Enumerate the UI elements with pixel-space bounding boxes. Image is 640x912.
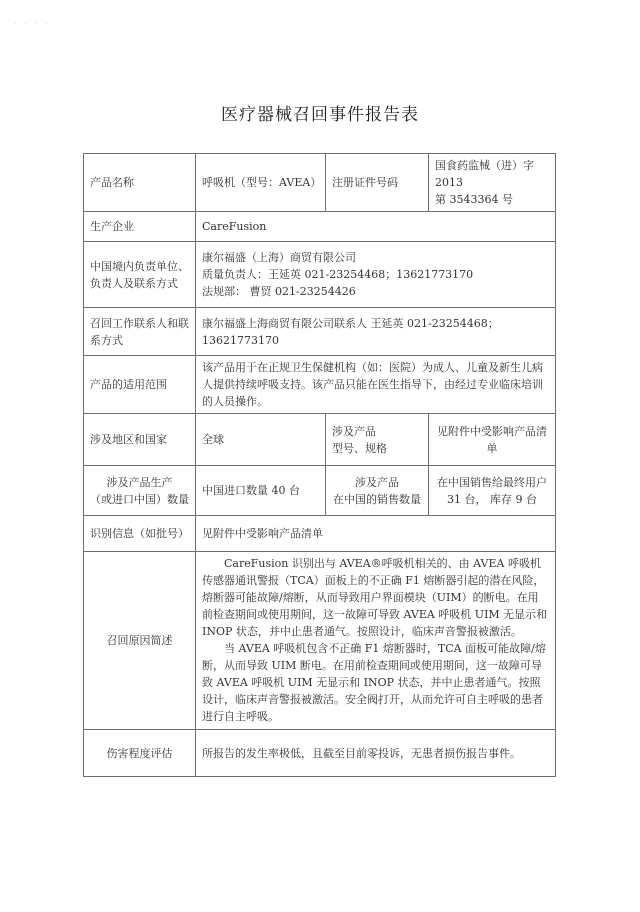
- quantity-label-line2: （或进口中国）数量: [90, 491, 189, 508]
- registration-number-line1: 国食药监械（进）字 2013: [435, 157, 549, 191]
- recall-contact-label: 召回工作联系人和联 系方式: [84, 308, 196, 356]
- model-label-line2: 型号、规格: [332, 440, 422, 457]
- regulatory-contact: 法规部： 曹贸 021-23254426: [202, 283, 549, 300]
- scope-value: 该产品用于在正规卫生保健机构（如：医院）为成人、儿童及新生儿病人提供持续呼吸支持…: [196, 356, 556, 414]
- row-quantity: 涉及产品生产 （或进口中国）数量 中国进口数量 40 台 涉及产品 在中国的销售…: [84, 466, 556, 516]
- quantity-label-line1: 涉及产品生产: [90, 474, 189, 491]
- page-title: 医疗器械召回事件报告表: [0, 100, 640, 125]
- domestic-contact-label-line1: 中国境内负责单位、: [90, 258, 189, 275]
- sales-label-line2: 在中国的销售数量: [332, 491, 422, 508]
- quantity-value: 中国进口数量 40 台: [196, 466, 326, 516]
- reason-label: 召回原因简述: [84, 552, 196, 730]
- scan-marks: · · ³ ·: [14, 20, 51, 28]
- region-value: 全球: [196, 414, 326, 466]
- quantity-label: 涉及产品生产 （或进口中国）数量: [84, 466, 196, 516]
- harm-value: 所报告的发生率极低，且截至目前零投诉，无患者损伤报告事件。: [196, 730, 556, 777]
- recall-report-table: 产品名称 呼吸机（型号：AVEA） 注册证件号码 国食药监械（进）字 2013 …: [83, 153, 556, 777]
- recall-contact-value: 康尔福盛上海商贸有限公司联系人 王延英 021-23254468；1362177…: [196, 308, 556, 356]
- domestic-contact-label-line2: 负责人及联系方式: [90, 275, 189, 292]
- identification-label: 识别信息（如批号）: [84, 516, 196, 552]
- scope-label: 产品的适用范围: [84, 356, 196, 414]
- row-region: 涉及地区和国家 全球 涉及产品 型号、规格 见附件中受影响产品清单: [84, 414, 556, 466]
- model-label: 涉及产品 型号、规格: [326, 414, 429, 466]
- reason-value: CareFusion 识别出与 AVEA®呼吸机相关的、由 AVEA 呼吸机传感…: [196, 552, 556, 730]
- recall-contact-label-line2: 系方式: [90, 332, 189, 349]
- registration-number-line2: 第 3543364 号: [435, 191, 549, 208]
- sales-value: 在中国销售给最终用户 31 台， 库存 9 台: [429, 466, 556, 516]
- domestic-contact-label: 中国境内负责单位、 负责人及联系方式: [84, 242, 196, 308]
- reason-paragraph-2: 当 AVEA 呼吸机包含不正确 F1 熔断器时，TCA 面板可能故障/熔断，从而…: [202, 640, 549, 725]
- row-domestic-contact: 中国境内负责单位、 负责人及联系方式 康尔福盛（上海）商贸有限公司 质量负责人：…: [84, 242, 556, 308]
- row-harm: 伤害程度评估 所报告的发生率极低，且截至目前零投诉，无患者损伤报告事件。: [84, 730, 556, 777]
- region-label: 涉及地区和国家: [84, 414, 196, 466]
- registration-number-value: 国食药监械（进）字 2013 第 3543364 号: [429, 154, 556, 212]
- model-value: 见附件中受影响产品清单: [429, 414, 556, 466]
- manufacturer-value: CareFusion: [196, 212, 556, 242]
- product-name-value: 呼吸机（型号：AVEA）: [196, 154, 326, 212]
- product-name-label: 产品名称: [84, 154, 196, 212]
- row-scope: 产品的适用范围 该产品用于在正规卫生保健机构（如：医院）为成人、儿童及新生儿病人…: [84, 356, 556, 414]
- row-product-name: 产品名称 呼吸机（型号：AVEA） 注册证件号码 国食药监械（进）字 2013 …: [84, 154, 556, 212]
- domestic-company: 康尔福盛（上海）商贸有限公司: [202, 249, 549, 266]
- row-reason: 召回原因简述 CareFusion 识别出与 AVEA®呼吸机相关的、由 AVE…: [84, 552, 556, 730]
- recall-contact-label-line1: 召回工作联系人和联: [90, 315, 189, 332]
- manufacturer-label: 生产企业: [84, 212, 196, 242]
- row-recall-contact: 召回工作联系人和联 系方式 康尔福盛上海商贸有限公司联系人 王延英 021-23…: [84, 308, 556, 356]
- harm-label: 伤害程度评估: [84, 730, 196, 777]
- model-label-line1: 涉及产品: [332, 423, 422, 440]
- quality-contact: 质量负责人：王延英 021-23254468；13621773170: [202, 266, 549, 283]
- row-manufacturer: 生产企业 CareFusion: [84, 212, 556, 242]
- sales-label: 涉及产品 在中国的销售数量: [326, 466, 429, 516]
- domestic-contact-value: 康尔福盛（上海）商贸有限公司 质量负责人：王延英 021-23254468；13…: [196, 242, 556, 308]
- sales-label-line1: 涉及产品: [332, 474, 422, 491]
- sales-value-line2: 31 台， 库存 9 台: [435, 491, 549, 508]
- sales-value-line1: 在中国销售给最终用户: [435, 474, 549, 491]
- row-identification: 识别信息（如批号） 见附件中受影响产品清单: [84, 516, 556, 552]
- registration-number-label: 注册证件号码: [326, 154, 429, 212]
- identification-value: 见附件中受影响产品清单: [196, 516, 556, 552]
- reason-paragraph-1: CareFusion 识别出与 AVEA®呼吸机相关的、由 AVEA 呼吸机传感…: [202, 555, 549, 640]
